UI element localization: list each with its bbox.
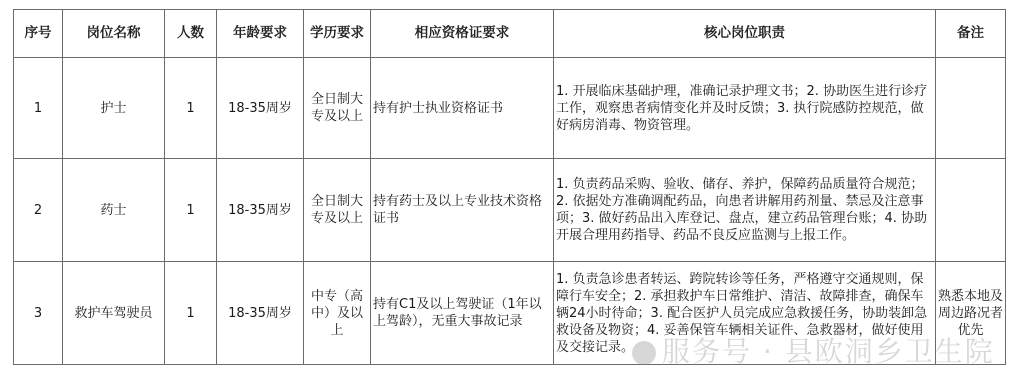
- cell-age: 18-35周岁: [217, 262, 304, 365]
- header-remark: 备注: [936, 10, 1006, 58]
- cell-duties: 1. 开展临床基础护理，准确记录护理文书；2. 协助医生进行诊疗工作，观察患者病…: [554, 58, 936, 159]
- cell-index: 2: [14, 159, 63, 262]
- cell-education: 全日制大专及以上: [304, 58, 371, 159]
- cell-age: 18-35周岁: [217, 159, 304, 262]
- cell-remark: [936, 159, 1006, 262]
- cell-position: 药士: [63, 159, 165, 262]
- header-education: 学历要求: [304, 10, 371, 58]
- header-count: 人数: [165, 10, 217, 58]
- recruitment-table: 序号 岗位名称 人数 年龄要求 学历要求 相应资格证要求 核心岗位职责 备注 1…: [13, 9, 1006, 365]
- cell-duties: 1. 负责药品采购、验收、储存、养护，保障药品质量符合规范；2. 依据处方准确调…: [554, 159, 936, 262]
- header-certificate: 相应资格证要求: [371, 10, 554, 58]
- cell-index: 1: [14, 58, 63, 159]
- header-duties: 核心岗位职责: [554, 10, 936, 58]
- cell-count: 1: [165, 159, 217, 262]
- table-row: 3 救护车驾驶员 1 18-35周岁 中专（高中）及以上 持有C1及以上驾驶证（…: [14, 262, 1006, 365]
- cell-remark: 熟悉本地及周边路况者优先: [936, 262, 1006, 365]
- cell-certificate: 持有药士及以上专业技术资格证书: [371, 159, 554, 262]
- header-index: 序号: [14, 10, 63, 58]
- table-row: 2 药士 1 18-35周岁 全日制大专及以上 持有药士及以上专业技术资格证书 …: [14, 159, 1006, 262]
- cell-position: 救护车驾驶员: [63, 262, 165, 365]
- cell-count: 1: [165, 58, 217, 159]
- header-row: 序号 岗位名称 人数 年龄要求 学历要求 相应资格证要求 核心岗位职责 备注: [14, 10, 1006, 58]
- cell-age: 18-35周岁: [217, 58, 304, 159]
- header-position: 岗位名称: [63, 10, 165, 58]
- cell-position: 护士: [63, 58, 165, 159]
- cell-education: 中专（高中）及以上: [304, 262, 371, 365]
- cell-index: 3: [14, 262, 63, 365]
- cell-education: 全日制大专及以上: [304, 159, 371, 262]
- header-age: 年龄要求: [217, 10, 304, 58]
- cell-certificate: 持有C1及以上驾驶证（1年以上驾龄），无重大事故记录: [371, 262, 554, 365]
- cell-certificate: 持有护士执业资格证书: [371, 58, 554, 159]
- page: 序号 岗位名称 人数 年龄要求 学历要求 相应资格证要求 核心岗位职责 备注 1…: [0, 0, 1014, 373]
- cell-duties: 1. 负责急诊患者转运、跨院转诊等任务，严格遵守交通规则，保障行车安全；2. 承…: [554, 262, 936, 365]
- table-row: 1 护士 1 18-35周岁 全日制大专及以上 持有护士执业资格证书 1. 开展…: [14, 58, 1006, 159]
- cell-remark: [936, 58, 1006, 159]
- cell-count: 1: [165, 262, 217, 365]
